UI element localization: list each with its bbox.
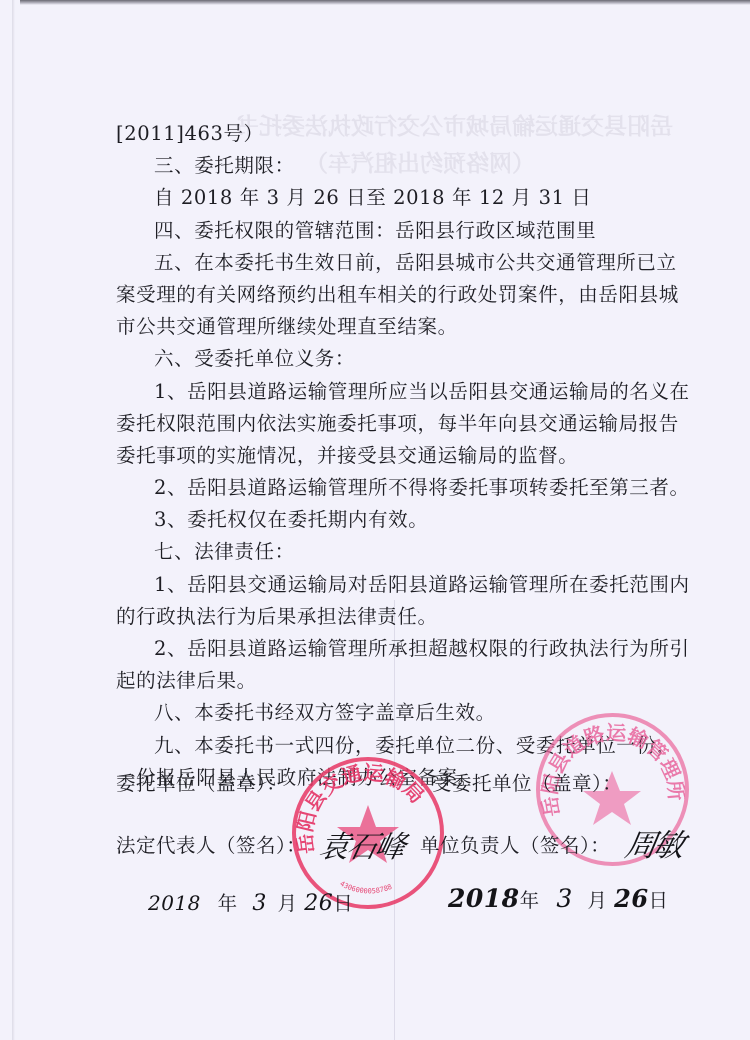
- right-date-day: 26: [614, 884, 648, 913]
- left-date-month-label: 月: [278, 892, 298, 915]
- doc-line: 2、岳阳县道路运输管理所承担超越权限的行政执法行为所引: [116, 633, 686, 665]
- left-date-year: 2018: [148, 891, 201, 915]
- doc-line-text: 八、本委托书经双方签字盖章后生效。: [154, 701, 496, 724]
- entrusted-unit-label: 受委托单位（盖章）：: [432, 768, 622, 796]
- section-heading-term: 三、委托期限：: [116, 150, 686, 182]
- doc-line-text: 案受理的有关网络预约出租车相关的行政处罚案件，由岳阳县城: [116, 283, 679, 306]
- scan-edge-left: [12, 0, 15, 1040]
- doc-line-text: 1、岳阳县道路运输管理所应当以岳阳县交通运输局的名义在: [154, 380, 690, 403]
- doc-line: 案受理的有关网络预约出租车相关的行政处罚案件，由岳阳县城: [116, 279, 686, 311]
- doc-line-text: 起的法律后果。: [116, 669, 257, 692]
- doc-line-text: 1、岳阳县交通运输局对岳阳县道路运输管理所在委托范围内: [154, 573, 690, 596]
- legal-rep-label: 法定代表人（签名）：: [116, 830, 306, 858]
- doc-line-text: 2、岳阳县道路运输管理所不得将委托事项转委托至第三者。: [154, 476, 690, 499]
- left-date-day-label: 日: [333, 892, 353, 915]
- doc-line: 3、委托权仅在委托期内有效。: [116, 504, 686, 536]
- right-date-day-label: 日: [649, 889, 669, 912]
- doc-line: 2、岳阳县道路运输管理所不得将委托事项转委托至第三者。: [116, 472, 686, 504]
- section-heading-liability: 七、法律责任：: [116, 536, 686, 568]
- doc-line-text: 的行政执法行为后果承担法律责任。: [116, 605, 438, 628]
- doc-line-text: 五、在本委托书生效日前，岳阳县城市公共交通管理所已立: [154, 251, 677, 274]
- doc-line: 市公共交通管理所继续处理直至结案。: [116, 311, 686, 343]
- right-date: 2018年 3 月 26日: [448, 884, 669, 913]
- doc-line: 委托事项的实施情况，并接受县交通运输局的监督。: [116, 440, 686, 472]
- doc-line-text: 七、法律责任：: [154, 540, 295, 563]
- doc-line-text: 市公共交通管理所继续处理直至结案。: [116, 315, 458, 338]
- right-date-month-label: 月: [587, 889, 607, 912]
- doc-line-term-dates: 自 2018 年 3 月 26 日至 2018 年 12 月 31 日: [116, 182, 686, 214]
- doc-line: 起的法律后果。: [116, 665, 686, 697]
- doc-line-text: 2、岳阳县道路运输管理所承担超越权限的行政执法行为所引: [154, 637, 690, 660]
- doc-line-text: 六、受委托单位义务：: [154, 347, 355, 370]
- doc-line-text: 三、委托期限：: [154, 154, 295, 177]
- section-heading-scope: 四、委托权限的管辖范围：岳阳县行政区域范围里: [116, 215, 686, 247]
- left-date: 2018 年 3 月 26日: [148, 888, 353, 916]
- left-date-month: 3: [252, 891, 267, 916]
- doc-line: 委托权限范围内依法实施委托事项，每半年向县交通运输局报告: [116, 408, 686, 440]
- unit-head-label: 单位负责人（签名）：: [420, 830, 610, 858]
- doc-line: [2011]463号）: [116, 118, 686, 150]
- right-date-year-label: 年: [520, 889, 540, 912]
- left-date-day: 26: [304, 891, 333, 916]
- doc-line-text: [2011]463号）: [116, 122, 264, 145]
- doc-line-text: 委托权限范围内依法实施委托事项，每半年向县交通运输局报告: [116, 412, 679, 435]
- scan-edge-top: [20, 0, 750, 5]
- legal-rep-signature: 袁石峰: [315, 822, 408, 866]
- doc-line-text: 四、委托权限的管辖范围：岳阳县行政区域范围里: [154, 219, 596, 242]
- doc-line-text: 委托事项的实施情况，并接受县交通运输局的监督。: [116, 444, 578, 467]
- section-heading-obligations: 六、受委托单位义务：: [116, 343, 686, 375]
- doc-line-text: 3、委托权仅在委托期内有效。: [154, 508, 428, 531]
- entrusting-unit-label: 委托单位（盖章）：: [116, 768, 286, 796]
- right-date-year: 2018: [448, 884, 520, 913]
- doc-line-text: 自 2018 年 3 月 26 日至 2018 年 12 月 31 日: [154, 186, 591, 209]
- doc-line: 1、岳阳县道路运输管理所应当以岳阳县交通运输局的名义在: [116, 376, 686, 408]
- unit-head-signature: 周敏: [622, 820, 686, 865]
- document-body: [2011]463号） 三、委托期限： 自 2018 年 3 月 26 日至 2…: [116, 118, 686, 794]
- doc-line: 1、岳阳县交通运输局对岳阳县道路运输管理所在委托范围内: [116, 569, 686, 601]
- right-date-month: 3: [556, 884, 572, 913]
- section-heading-transition: 五、在本委托书生效日前，岳阳县城市公共交通管理所已立: [116, 247, 686, 279]
- doc-line: 的行政执法行为后果承担法律责任。: [116, 601, 686, 633]
- left-date-year-label: 年: [218, 892, 238, 915]
